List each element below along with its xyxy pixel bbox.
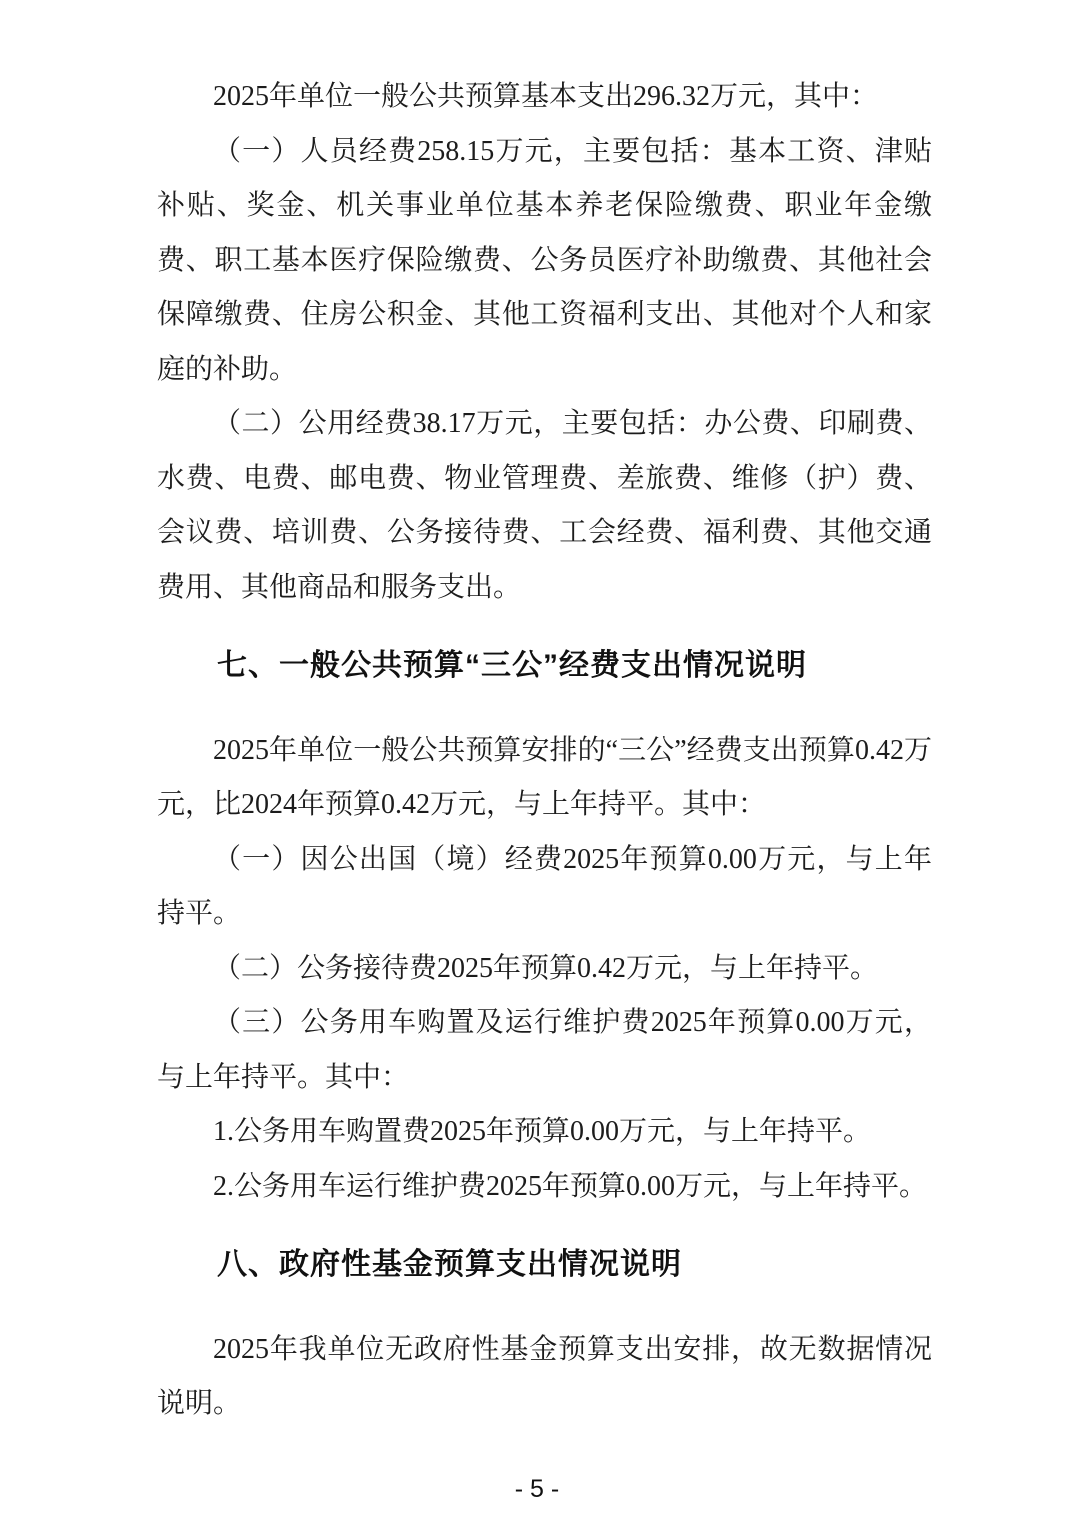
paragraph-official-reception-funds: （二）公务接待费2025年预算0.42万元，与上年持平。: [157, 942, 932, 997]
heading-section-seven-three-public-funds: 七、一般公共预算“三公”经费支出情况说明: [157, 639, 932, 694]
paragraph-vehicle-purchase-funds: 1.公务用车购置费2025年预算0.00万元，与上年持平。: [157, 1105, 932, 1160]
paragraph-overseas-travel-funds: （一）因公出国（境）经费2025年预算0.00万元，与上年持平。: [157, 833, 932, 942]
document-page: 2025年单位一般公共预算基本支出296.32万元，其中： （一）人员经费258…: [0, 0, 1074, 1520]
page-number: - 5 -: [0, 1475, 1074, 1504]
paragraph-vehicle-operation-funds: 2.公务用车运行维护费2025年预算0.00万元，与上年持平。: [157, 1160, 932, 1215]
paragraph-no-government-fund-budget: 2025年我单位无政府性基金预算支出安排，故无数据情况说明。: [157, 1323, 932, 1432]
paragraph-three-public-total: 2025年单位一般公共预算安排的“三公”经费支出预算0.42万元，比2024年预…: [157, 724, 932, 833]
paragraph-public-funds: （二）公用经费38.17万元，主要包括：办公费、印刷费、水费、电费、邮电费、物业…: [157, 397, 932, 615]
paragraph-basic-expenditure-total: 2025年单位一般公共预算基本支出296.32万元，其中：: [157, 70, 932, 125]
heading-section-eight-government-fund-budget: 八、政府性基金预算支出情况说明: [157, 1238, 932, 1293]
paragraph-personnel-funds: （一）人员经费258.15万元，主要包括：基本工资、津贴补贴、奖金、机关事业单位…: [157, 125, 932, 398]
document-body: 2025年单位一般公共预算基本支出296.32万元，其中： （一）人员经费258…: [157, 70, 932, 1432]
paragraph-official-vehicle-funds: （三）公务用车购置及运行维护费2025年预算0.00万元，与上年持平。其中：: [157, 996, 932, 1105]
